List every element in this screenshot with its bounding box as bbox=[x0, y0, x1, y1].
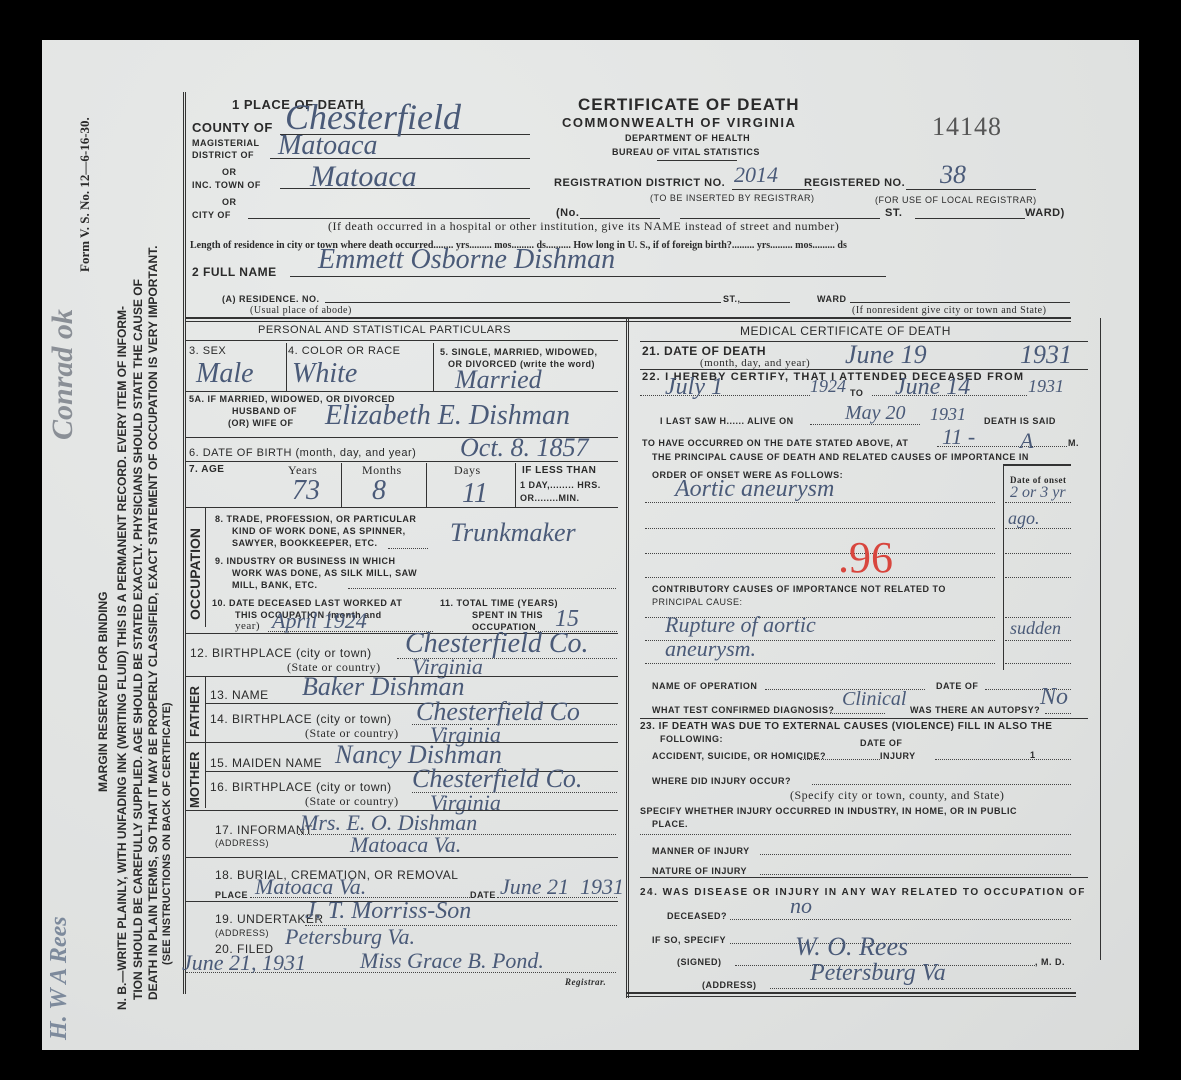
informant-address-value[interactable]: Matoaca Va. bbox=[350, 832, 461, 858]
days-value[interactable]: 11 bbox=[462, 478, 488, 510]
row-rule-4 bbox=[186, 507, 618, 508]
test-line bbox=[830, 713, 885, 714]
undertaker-address-label: (ADDRESS) bbox=[215, 928, 269, 938]
personal-heading-rule bbox=[186, 340, 618, 341]
trade-label-1: 8. TRADE, PROFESSION, OR PARTICULAR bbox=[215, 514, 416, 524]
last-worked-value[interactable]: April 1924 bbox=[272, 608, 367, 634]
operation-date-label: DATE OF bbox=[936, 681, 978, 691]
trade-dots bbox=[388, 548, 428, 549]
external-date-of-label: DATE OF bbox=[860, 738, 902, 748]
margin-handwritten-initials: H. W A Rees bbox=[46, 916, 73, 1040]
time-value[interactable]: 11 - bbox=[942, 424, 975, 450]
deceased-value[interactable]: no bbox=[790, 893, 812, 919]
burial-year-value[interactable]: 1931 bbox=[580, 874, 624, 900]
years-value[interactable]: 73 bbox=[292, 475, 320, 507]
residence-st-label: ST., bbox=[723, 294, 741, 304]
where-line[interactable] bbox=[812, 784, 1071, 785]
registered-no-line bbox=[906, 189, 1036, 190]
ward-line bbox=[915, 218, 1025, 219]
registrar-label: Registrar. bbox=[565, 977, 606, 987]
spouse-label-3: (OR) WIFE OF bbox=[228, 418, 294, 428]
certificate-title: CERTIFICATE OF DEATH bbox=[578, 95, 799, 115]
no-label: (No. bbox=[556, 207, 579, 219]
months-value[interactable]: 8 bbox=[372, 475, 386, 507]
contributory-value-1[interactable]: Rupture of aortic bbox=[665, 612, 816, 638]
age-divider-3 bbox=[515, 463, 516, 507]
residence-ward-label: WARD bbox=[817, 294, 847, 304]
city-label: CITY OF bbox=[192, 210, 231, 220]
dod-label: 21. DATE OF DEATH bbox=[642, 344, 766, 358]
residence-label: (A) RESIDENCE. NO. bbox=[222, 294, 320, 304]
manner-label: MANNER OF INJURY bbox=[652, 846, 750, 856]
margin-instruction-line-3: DEATH IN PLAIN TERMS, SO THAT IT MAY BE … bbox=[146, 246, 160, 1001]
deceased-line bbox=[730, 919, 1071, 920]
last-saw-label: I LAST SAW H...... ALIVE ON bbox=[660, 416, 794, 426]
contributory-label-2: PRINCIPAL CAUSE: bbox=[652, 597, 743, 607]
to-label: TO bbox=[850, 388, 863, 398]
father-name-label: 13. NAME bbox=[210, 688, 269, 702]
sex-race-divider bbox=[286, 343, 287, 391]
registered-no-label: REGISTERED NO. bbox=[804, 177, 905, 189]
age-divider-2 bbox=[426, 463, 427, 507]
margin-instruction-line-4: (SEE INSTRUCTIONS ON BACK OF CERTIFICATE… bbox=[161, 702, 173, 965]
registration-district-line bbox=[732, 189, 812, 190]
coding-mark: .96 bbox=[838, 532, 893, 583]
onset-value-2[interactable]: ago. bbox=[1008, 508, 1040, 529]
md-label: , M. D. bbox=[1035, 957, 1065, 967]
signed-label: (SIGNED) bbox=[677, 957, 722, 967]
less-than-label-1: IF LESS THAN bbox=[522, 465, 596, 476]
full-name-line bbox=[290, 276, 886, 277]
father-side-divider bbox=[205, 676, 206, 742]
onset-line-6 bbox=[1005, 640, 1071, 641]
registration-district-label: REGISTRATION DISTRICT NO. bbox=[554, 177, 725, 189]
operation-label: NAME OF OPERATION bbox=[652, 681, 757, 691]
registration-district-value[interactable]: 2014 bbox=[734, 162, 778, 188]
onset-line-2 bbox=[1005, 528, 1071, 529]
industry-label-1: 9. INDUSTRY OR BUSINESS IN WHICH bbox=[215, 556, 396, 566]
m-label: M. bbox=[1068, 438, 1079, 448]
trade-value[interactable]: Trunkmaker bbox=[450, 518, 576, 548]
father-birthplace-label: 14. BIRTHPLACE (city or town) bbox=[210, 712, 392, 726]
test-label: WHAT TEST CONFIRMED DIAGNOSIS? bbox=[652, 705, 834, 715]
medical-rule-23 bbox=[640, 718, 1088, 719]
department-label: DEPARTMENT OF HEALTH bbox=[625, 133, 750, 143]
onset-box-top bbox=[1003, 464, 1071, 466]
last-worked-label-3: year) bbox=[235, 620, 260, 632]
onset-box-border bbox=[1003, 464, 1004, 670]
spouse-label-2: HUSBAND OF bbox=[232, 406, 297, 416]
row-rule-1 bbox=[186, 391, 618, 392]
nonresident-note: (If nonresident give city or town and St… bbox=[852, 305, 1046, 316]
margin-instruction-line-1: N. B.—WRITE PLAINLY, WITH UNFADING INK (… bbox=[115, 306, 129, 1010]
dod-value[interactable]: June 19 bbox=[845, 340, 927, 370]
column-divider bbox=[626, 318, 629, 998]
cause-line-2 bbox=[645, 528, 995, 529]
informant-address-label: (ADDRESS) bbox=[215, 838, 269, 848]
burial-place-label: PLACE bbox=[215, 890, 248, 900]
burial-date-value[interactable]: June 21 bbox=[500, 874, 569, 900]
no-line bbox=[580, 218, 660, 219]
specify-label-2: PLACE. bbox=[652, 819, 688, 829]
test-value[interactable]: Clinical bbox=[842, 688, 906, 711]
ward-label: WARD) bbox=[1025, 207, 1065, 219]
full-name-label: 2 FULL NAME bbox=[192, 265, 277, 279]
margin-handwritten-note: Conrad ok bbox=[46, 309, 80, 440]
sex-value[interactable]: Male bbox=[196, 358, 254, 390]
accident-line[interactable] bbox=[800, 759, 880, 760]
commonwealth-subtitle: COMMONWEALTH OF VIRGINIA bbox=[562, 115, 796, 130]
total-time-label-1: 11. TOTAL TIME (YEARS) bbox=[440, 598, 558, 608]
registered-no-note: (FOR USE OF LOCAL REGISTRAR) bbox=[875, 195, 1037, 205]
margin-reserved-label: MARGIN RESERVED FOR BINDING bbox=[96, 592, 110, 792]
autopsy-line bbox=[1045, 713, 1071, 714]
last-saw-value[interactable]: May 20 bbox=[845, 402, 906, 425]
father-birthplace-sub-label: (State or country) bbox=[305, 726, 399, 741]
cause-line-1 bbox=[645, 502, 995, 503]
manner-line[interactable] bbox=[760, 854, 1071, 855]
occupation-side-divider bbox=[205, 507, 206, 627]
address-line bbox=[770, 988, 1071, 989]
dod-rule bbox=[640, 369, 1088, 370]
external-label-2: FOLLOWING: bbox=[660, 734, 723, 744]
trade-label-2: KIND OF WORK DONE, AS SPINNER, bbox=[232, 526, 406, 536]
attended-to-value[interactable]: June 14 bbox=[895, 374, 970, 401]
injury-line[interactable] bbox=[935, 759, 1071, 760]
form-number: Form V. S. No. 12—6-16-30. bbox=[77, 117, 93, 272]
street-line bbox=[680, 218, 880, 219]
attended-to-year[interactable]: 1931 bbox=[1028, 376, 1064, 397]
onset-line-7 bbox=[1005, 663, 1071, 664]
county-label: COUNTY OF bbox=[192, 120, 273, 135]
row-rule-9 bbox=[186, 857, 618, 858]
or-label-2: OR bbox=[222, 197, 237, 207]
nature-line[interactable] bbox=[760, 874, 1071, 875]
dob-label: 6. DATE OF BIRTH (month, day, and year) bbox=[189, 447, 416, 459]
dod-sub-label: (month, day, and year) bbox=[700, 357, 810, 369]
occurred-label: TO HAVE OCCURRED ON THE DATE STATED ABOV… bbox=[642, 438, 908, 448]
header-rule bbox=[657, 160, 737, 161]
st-label: ST. bbox=[885, 207, 902, 219]
sex-label: 3. SEX bbox=[189, 345, 226, 357]
injury-value: 1 bbox=[1030, 750, 1036, 760]
bureau-label: BUREAU OF VITAL STATISTICS bbox=[612, 147, 760, 157]
residence-note: (Usual place of abode) bbox=[250, 305, 352, 316]
less-than-label-2: 1 DAY,........ HRS. bbox=[520, 480, 601, 490]
specify-line[interactable] bbox=[640, 834, 1071, 835]
onset-line-3 bbox=[1005, 553, 1071, 554]
margin-instruction-line-2: TION SHOULD BE CAREFULLY SUPPLIED. AGE S… bbox=[131, 279, 145, 1000]
frame-left-border bbox=[183, 92, 186, 994]
age-label: 7. AGE bbox=[189, 464, 224, 475]
residence-st-line bbox=[740, 302, 790, 303]
trade-label-3: SAWYER, BOOKKEEPER, ETC. bbox=[232, 538, 378, 548]
occupation-side-label: OCCUPATION bbox=[187, 528, 203, 620]
specify-label-1: SPECIFY WHETHER INJURY OCCURRED IN INDUS… bbox=[640, 806, 1017, 816]
spouse-value[interactable]: Elizabeth E. Dishman bbox=[325, 400, 570, 432]
occupational-label: 24. WAS DISEASE OR INJURY IN ANY WAY REL… bbox=[640, 887, 1086, 898]
signed-value[interactable]: W. O. Rees bbox=[795, 932, 908, 962]
where-label: WHERE DID INJURY OCCUR? bbox=[652, 776, 791, 786]
contributory-label-1: CONTRIBUTORY CAUSES OF IMPORTANCE NOT RE… bbox=[652, 584, 946, 594]
race-marital-divider bbox=[433, 343, 434, 391]
inc-town-label: INC. TOWN OF bbox=[192, 180, 261, 190]
row-rule-3 bbox=[186, 461, 618, 462]
deceased-label: DECEASED? bbox=[667, 911, 727, 921]
burial-place-value[interactable]: Matoaca Va. bbox=[255, 874, 366, 900]
injury-label: INJURY bbox=[880, 751, 916, 761]
registration-district-note: (TO BE INSERTED BY REGISTRAR) bbox=[650, 193, 815, 203]
attended-from-value[interactable]: July 1 bbox=[665, 374, 723, 401]
residence-line bbox=[325, 302, 721, 303]
dod-year[interactable]: 1931 bbox=[1020, 340, 1072, 370]
nature-label: NATURE OF INJURY bbox=[652, 866, 747, 876]
contributory-line-3 bbox=[645, 663, 995, 664]
filed-registrar-value[interactable]: Miss Grace B. Pond. bbox=[360, 948, 544, 974]
father-side-label: FATHER bbox=[187, 686, 202, 737]
onset-line-1 bbox=[1005, 502, 1071, 503]
residence-ward-line bbox=[850, 302, 1070, 303]
external-label-1: 23. IF DEATH WAS DUE TO EXTERNAL CAUSES … bbox=[640, 721, 1052, 732]
age-divider-1 bbox=[341, 463, 342, 507]
mother-birthplace-label: 16. BIRTHPLACE (city or town) bbox=[210, 780, 392, 794]
address-label: (ADDRESS) bbox=[702, 980, 757, 990]
magisterial-label-1: MAGISTERIAL bbox=[192, 138, 260, 148]
full-name-value[interactable]: Emmett Osborne Dishman bbox=[318, 244, 615, 276]
industry-label-3: MILL, BANK, ETC. bbox=[232, 580, 318, 590]
race-value[interactable]: White bbox=[292, 358, 357, 390]
industry-label-2: WORK WAS DONE, AS SILK MILL, SAW bbox=[232, 568, 417, 578]
mother-side-divider bbox=[205, 742, 206, 808]
certificate-number: 14148 bbox=[932, 112, 1002, 142]
onset-line-4 bbox=[1005, 577, 1071, 578]
principal-label-1: THE PRINCIPAL CAUSE OF DEATH AND RELATED… bbox=[652, 452, 1029, 462]
attended-from-year[interactable]: 1924 bbox=[810, 376, 846, 397]
autopsy-value[interactable]: No bbox=[1040, 684, 1068, 711]
medical-heading: MEDICAL CERTIFICATE OF DEATH bbox=[740, 324, 951, 338]
registered-no-value[interactable]: 38 bbox=[940, 160, 966, 190]
magisterial-label-2: DISTRICT OF bbox=[192, 150, 254, 160]
magisterial-value[interactable]: Matoaca bbox=[278, 130, 378, 162]
death-said-label: DEATH IS SAID bbox=[984, 416, 1056, 426]
where-note: (Specify city or town, county, and State… bbox=[790, 788, 1004, 803]
race-label: 4. COLOR OR RACE bbox=[288, 345, 401, 357]
contributory-value-2[interactable]: aneurysm. bbox=[665, 636, 756, 662]
burial-date-label: DATE bbox=[470, 890, 496, 900]
less-than-label-3: OR........MIN. bbox=[520, 493, 580, 503]
onset-value-1[interactable]: 2 or 3 yr bbox=[1010, 484, 1066, 502]
total-time-label-2: SPENT IN THIS bbox=[472, 610, 543, 620]
address-value[interactable]: Petersburg Va bbox=[810, 960, 946, 987]
principal-cause-value[interactable]: Aortic aneurysm bbox=[675, 476, 834, 503]
dob-value[interactable]: Oct. 8. 1857 bbox=[460, 433, 589, 463]
mother-name-label: 15. MAIDEN NAME bbox=[210, 756, 322, 770]
days-label: Days bbox=[454, 463, 481, 478]
undertaker-address-value[interactable]: Petersburg Va. bbox=[285, 924, 415, 950]
birthplace-label: 12. BIRTHPLACE (city or town) bbox=[190, 646, 372, 660]
undertaker-value[interactable]: J. T. Morriss-Son bbox=[305, 898, 471, 925]
filed-date-value[interactable]: June 21, 1931 bbox=[182, 950, 306, 976]
industry-line[interactable] bbox=[348, 588, 616, 589]
bottom-rule bbox=[626, 992, 1076, 997]
medical-rule-24 bbox=[640, 877, 1088, 878]
last-saw-year[interactable]: 1931 bbox=[930, 404, 966, 425]
mother-side-label: MOTHER bbox=[187, 752, 202, 808]
cause-line-4 bbox=[645, 577, 995, 578]
cause-line-3 bbox=[645, 553, 995, 554]
contributory-onset-value[interactable]: sudden bbox=[1010, 618, 1061, 639]
if-so-label: IF SO, SPECIFY bbox=[652, 935, 726, 945]
or-label-1: OR bbox=[222, 167, 237, 177]
mother-birthplace-sub-label: (State or country) bbox=[305, 794, 399, 809]
marital-label-1: 5. SINGLE, MARRIED, WIDOWED, bbox=[440, 347, 598, 357]
last-worked-label-1: 10. DATE DECEASED LAST WORKED AT bbox=[212, 598, 402, 608]
ampm-value[interactable]: A bbox=[1020, 428, 1033, 454]
autopsy-label: WAS THERE AN AUTOPSY? bbox=[910, 705, 1040, 715]
hospital-note: (If death occurred in a hospital or othe… bbox=[328, 219, 839, 234]
frame-right-border bbox=[1100, 318, 1101, 960]
personal-heading: PERSONAL AND STATISTICAL PARTICULARS bbox=[258, 324, 511, 336]
inc-town-value[interactable]: Matoaca bbox=[310, 160, 417, 194]
